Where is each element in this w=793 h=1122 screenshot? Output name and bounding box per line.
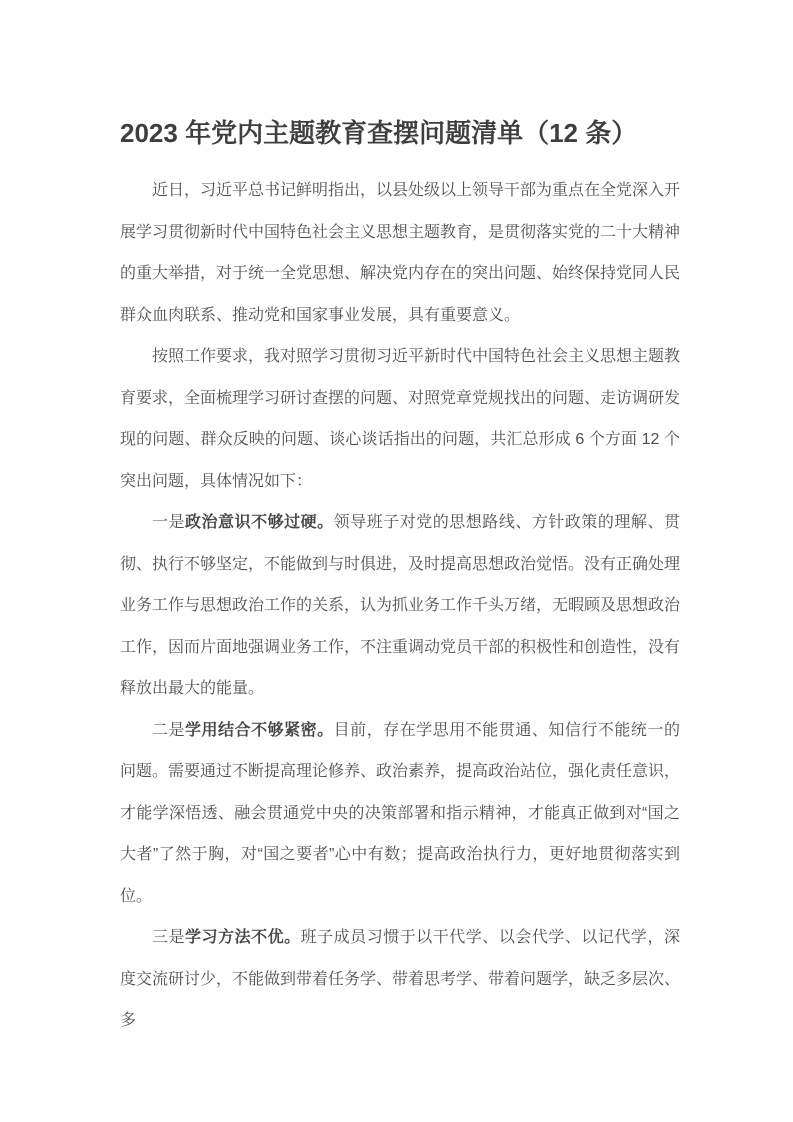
text-run: 一是	[152, 514, 185, 531]
text-run: 目前，存在学思用不能贯通、知信行不能统一的问题。需要通过不断提高理论修养、政治素…	[120, 722, 680, 905]
paragraph: 二是学用结合不够紧密。目前，存在学思用不能贯通、知信行不能统一的问题。需要通过不…	[120, 710, 680, 918]
document-title: 2023 年党内主题教育查摆问题清单（12 条）	[120, 116, 680, 150]
text-run: 领导班子对党的思想路线、方针政策的理解、贯彻、执行不够坚定，不能做到与时俱进，及…	[120, 514, 680, 697]
paragraph: 一是政治意识不够过硬。领导班子对党的思想路线、方针政策的理解、贯彻、执行不够坚定…	[120, 502, 680, 710]
paragraph: 按照工作要求，我对照学习贯彻习近平新时代中国特色社会主义思想主题教育要求，全面梳…	[120, 336, 680, 502]
bold-run: 政治意识不够过硬。	[185, 514, 334, 531]
text-run: 二是	[152, 722, 185, 739]
text-run: 近日，习近平总书记鲜明指出，以县处级以上领导干部为重点在全党深入开展学习贯彻新时…	[120, 182, 680, 324]
text-run: 三是	[152, 929, 185, 946]
paragraph: 三是学习方法不优。班子成员习惯于以干代学、以会代学、以记代学，深度交流研讨少，不…	[120, 917, 680, 1042]
paragraph: 近日，习近平总书记鲜明指出，以县处级以上领导干部为重点在全党深入开展学习贯彻新时…	[120, 170, 680, 336]
bold-run: 学习方法不优。	[185, 929, 301, 946]
document-page: 2023 年党内主题教育查摆问题清单（12 条） 近日，习近平总书记鲜明指出，以…	[0, 0, 793, 1122]
bold-run: 学用结合不够紧密。	[185, 722, 334, 739]
document-body: 近日，习近平总书记鲜明指出，以县处级以上领导干部为重点在全党深入开展学习贯彻新时…	[120, 170, 680, 1042]
text-run: 按照工作要求，我对照学习贯彻习近平新时代中国特色社会主义思想主题教育要求，全面梳…	[120, 348, 680, 490]
